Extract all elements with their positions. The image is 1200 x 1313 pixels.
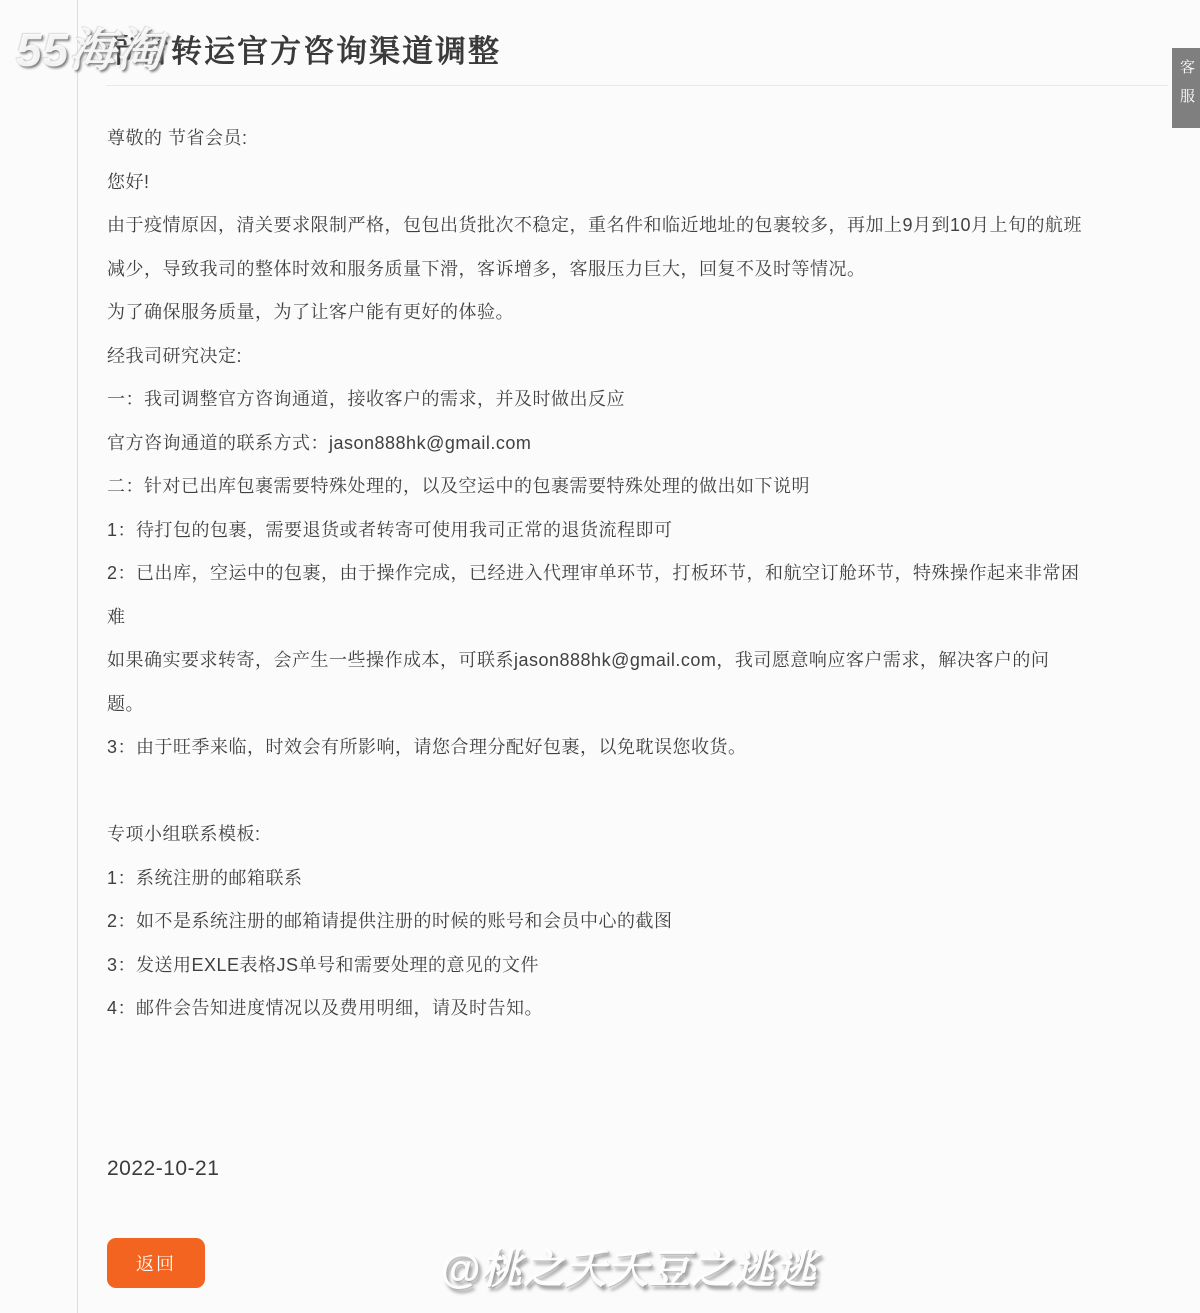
body-line: 为了确保服务质量，为了让客户能有更好的体验。 [107, 291, 1167, 335]
body-line-template-1: 1：系统注册的邮箱联系 [107, 857, 1167, 901]
body-line-greeting: 您好! [107, 161, 1167, 205]
body-line: 如果确实要求转寄，会产生一些操作成本，可联系jason888hk@gmail.c… [107, 639, 1167, 683]
body-line-template-4: 4：邮件会告知进度情况以及费用明细，请及时告知。 [107, 987, 1167, 1031]
body-line-item-2: 二：针对已出库包裹需要特殊处理的，以及空运中的包裹需要特殊处理的做出如下说明 [107, 465, 1167, 509]
body-line-template-3: 3：发送用EXLE表格JS单号和需要处理的意见的文件 [107, 944, 1167, 988]
body-line-sub-1: 1：待打包的包裹，需要退货或者转寄可使用我司正常的退货流程即可 [107, 509, 1167, 553]
watermark-author: @桃之夭夭豆之逃逃 [440, 1236, 817, 1295]
blank-line [107, 770, 1167, 814]
body-line-item-1: 一：我司调整官方咨询通道，接收客户的需求，并及时做出反应 [107, 378, 1167, 422]
announcement-body: 尊敬的 节省会员: 您好! 由于疫情原因，清关要求限制严格，包包出货批次不稳定，… [107, 117, 1167, 1031]
body-line: 经我司研究决定: [107, 335, 1167, 379]
announcement-page: 节省转运官方咨询渠道调整 客服 尊敬的 节省会员: 您好! 由于疫情原因，清关要… [0, 0, 1200, 1313]
body-line: 难 [107, 596, 1167, 640]
title-divider [106, 85, 1168, 86]
body-line-sub-3: 3：由于旺季来临，时效会有所影响，请您合理分配好包裹，以免耽误您收货。 [107, 726, 1167, 770]
body-line-salutation: 尊敬的 节省会员: [107, 117, 1167, 161]
customer-service-tab-label: 客服 [1172, 59, 1200, 117]
body-line-contact-email: 官方咨询通道的联系方式：jason888hk@gmail.com [107, 422, 1167, 466]
body-line: 题。 [107, 683, 1167, 727]
back-button[interactable]: 返回 [107, 1238, 205, 1288]
publish-date: 2022-10-21 [107, 1157, 219, 1181]
customer-service-tab[interactable]: 客服 [1172, 48, 1200, 128]
left-border-line [77, 0, 78, 1313]
body-line: 由于疫情原因，清关要求限制严格，包包出货批次不稳定，重名件和临近地址的包裹较多，… [107, 204, 1167, 248]
body-line-sub-2: 2：已出库，空运中的包裹，由于操作完成，已经进入代理审单环节，打板环节，和航空订… [107, 552, 1167, 596]
body-line: 减少，导致我司的整体时效和服务质量下滑，客诉增多，客服压力巨大，回复不及时等情况… [107, 248, 1167, 292]
body-line-template-2: 2：如不是系统注册的邮箱请提供注册的时候的账号和会员中心的截图 [107, 900, 1167, 944]
body-line-template-heading: 专项小组联系模板: [107, 813, 1167, 857]
page-title: 节省转运官方咨询渠道调整 [105, 26, 501, 71]
